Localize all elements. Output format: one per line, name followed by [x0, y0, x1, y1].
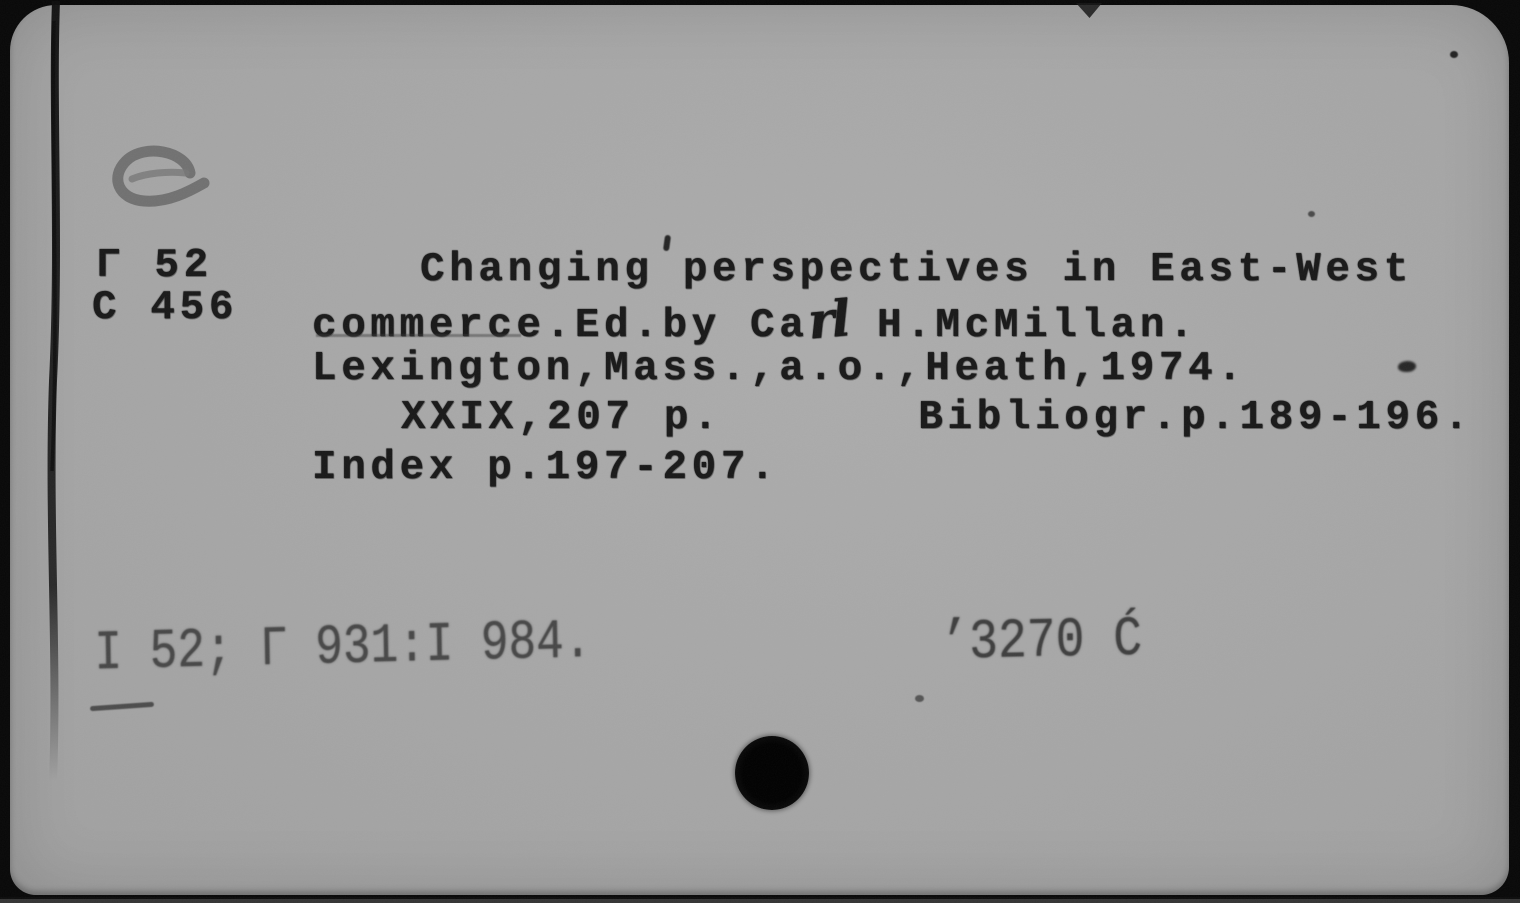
entry-index-line: Index p.197-207. — [312, 445, 779, 491]
scanned-catalog-card-photo: Г 52 С 456 Changing perspectives in East… — [0, 0, 1520, 903]
catalog-card: Г 52 С 456 Changing perspectives in East… — [10, 5, 1509, 895]
entry-bibliography-note: Bibliogr.p.189-196. — [918, 395, 1473, 441]
fold-line-artifact — [40, 1, 74, 791]
ink-speck — [1450, 51, 1458, 58]
entry-imprint-line: Lexington,Mass.,a.o.,Heath,1974. — [312, 346, 1247, 392]
punch-hole — [735, 736, 809, 810]
entry-line-2: commerce.Ed.by Carl H.McMillan. — [312, 296, 1198, 349]
pencil-underline-mark — [90, 702, 154, 711]
entry-line-2-typed-end: H.McMillan. — [848, 303, 1198, 349]
scan-bottom-edge — [0, 897, 1520, 903]
handwritten-e-mark — [102, 139, 212, 219]
call-number-line-1: Г 52 — [96, 243, 213, 289]
pencil-note-bottom-right: ’3270 Ć — [940, 609, 1143, 675]
call-number-line-2: С 456 — [92, 285, 238, 331]
entry-collation-line: XXIX,207 p.Bibliogr.p.189-196. — [401, 395, 1473, 441]
entry-line-2-handwritten-correction: rl — [807, 295, 850, 344]
typewriter-smear — [316, 334, 521, 337]
pencil-note-bottom-left: I 52; Г 931:I 984. — [94, 611, 592, 686]
entry-title-line: Changing perspectives in East-West — [420, 247, 1413, 293]
entry-collation: XXIX,207 p. — [401, 395, 722, 441]
ink-speck — [1308, 211, 1315, 217]
entry-line-2-typed-start: commerce.Ed.by Ca — [312, 303, 808, 349]
ink-speck — [915, 695, 924, 702]
ink-speck — [1398, 361, 1416, 372]
